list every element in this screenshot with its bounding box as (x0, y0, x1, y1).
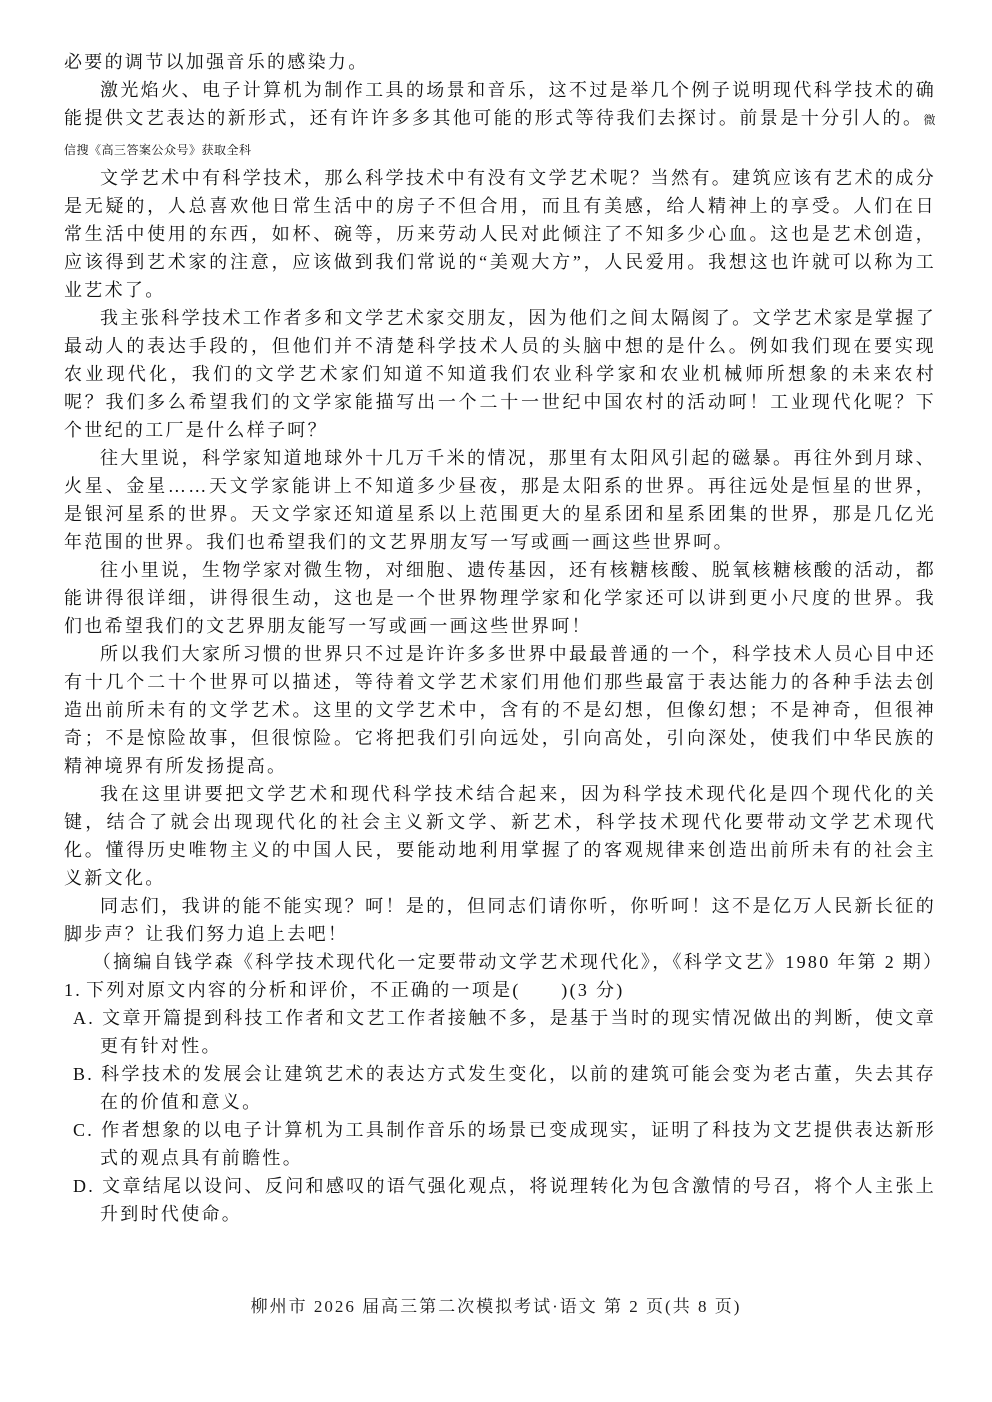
body-paragraph: 我在这里讲要把文学艺术和现代科学技术结合起来，因为科学技术现代化是四个现代化的关… (64, 780, 936, 892)
page-footer: 柳州市 2026 届高三第二次模拟考试·语文 第 2 页(共 8 页) (0, 1292, 992, 1317)
body-paragraph: 文学艺术中有科学技术，那么科学技术中有没有文学艺术呢？当然有。建筑应该有艺术的成… (64, 164, 936, 304)
option-b: B.科学技术的发展会让建筑艺术的表达方式发生变化，以前的建筑可能会变为老古董，失… (64, 1060, 936, 1116)
body-paragraph: 激光焰火、电子计算机为制作工具的场景和音乐，这不过是举几个例子说明现代科学技术的… (64, 76, 936, 164)
body-paragraph: 往大里说，科学家知道地球外十几万千米的情况，那里有太阳风引起的磁暴。再往外到月球… (64, 444, 936, 556)
page-content: 必要的调节以加强音乐的感染力。 激光焰火、电子计算机为制作工具的场景和音乐，这不… (64, 48, 936, 1228)
exam-page: 必要的调节以加强音乐的感染力。 激光焰火、电子计算机为制作工具的场景和音乐，这不… (0, 0, 992, 1402)
question-text: 下列对原文内容的分析和评价，不正确的一项是( )(3 分) (86, 980, 624, 1000)
option-a: A.文章开篇提到科技工作者和文艺工作者接触不多，是基于当时的现实情况做出的判断，… (64, 1004, 936, 1060)
option-a-text: 文章开篇提到科技工作者和文艺工作者接触不多，是基于当时的现实情况做出的判断，使文… (100, 1008, 936, 1056)
option-c-text: 作者想象的以电子计算机为工具制作音乐的场景已变成现实，证明了科技为文艺提供表达新… (100, 1120, 936, 1168)
source-attribution: （摘编自钱学森《科学技术现代化一定要带动文学艺术现代化》，《科学文艺》1980 … (64, 948, 936, 976)
option-b-label: B. (73, 1064, 94, 1084)
question-number: 1. (64, 980, 82, 1000)
option-c-label: C. (73, 1120, 94, 1140)
body-paragraph: 同志们，我讲的能不能实现？呵！是的，但同志们请你听，你听呵！这不是亿万人民新长征… (64, 892, 936, 948)
body-paragraph: 所以我们大家所习惯的世界只不过是许许多多世界中最最普通的一个，科学技术人员心目中… (64, 640, 936, 780)
option-c: C.作者想象的以电子计算机为工具制作音乐的场景已变成现实，证明了科技为文艺提供表… (64, 1116, 936, 1172)
body-paragraph: 必要的调节以加强音乐的感染力。 (64, 48, 936, 76)
option-d-text: 文章结尾以设问、反问和感叹的语气强化观点，将说理转化为包含激情的号召，将个人主张… (100, 1176, 936, 1224)
body-paragraph: 往小里说，生物学家对微生物，对细胞、遗传基因，还有核糖核酸、脱氧核糖核酸的活动，… (64, 556, 936, 640)
option-d: D.文章结尾以设问、反问和感叹的语气强化观点，将说理转化为包含激情的号召，将个人… (64, 1172, 936, 1228)
question-1: 1.下列对原文内容的分析和评价，不正确的一项是( )(3 分) (64, 976, 936, 1004)
body-paragraph: 我主张科学技术工作者多和文学艺术家交朋友，因为他们之间太隔阂了。文学艺术家是掌握… (64, 304, 936, 444)
option-d-label: D. (73, 1176, 95, 1196)
option-b-text: 科学技术的发展会让建筑艺术的表达方式发生变化，以前的建筑可能会变为老古董，失去其… (100, 1064, 936, 1112)
paragraph-text: 激光焰火、电子计算机为制作工具的场景和音乐，这不过是举几个例子说明现代科学技术的… (64, 80, 936, 128)
option-a-label: A. (73, 1008, 95, 1028)
